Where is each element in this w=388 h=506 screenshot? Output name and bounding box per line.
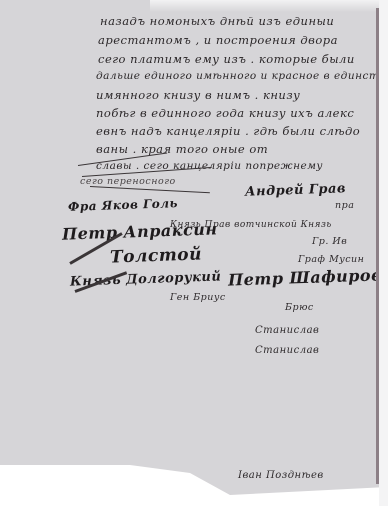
- signature: Андрей Грав: [245, 181, 346, 200]
- body-line: арестантомъ , и построения двора: [98, 33, 338, 47]
- signature: Станислав: [255, 345, 319, 356]
- outer-margin: [379, 0, 388, 506]
- body-line: сего платимъ ему изъ . которые были: [98, 52, 355, 66]
- body-line: ваны . края того оные от: [96, 142, 268, 156]
- footer-signature: Іван Позднѣев: [238, 470, 324, 481]
- signature: Фра Яков Голь: [68, 196, 178, 214]
- body-line: славы . сего канцеляріи попрежнему: [96, 160, 323, 172]
- signature: Толстой: [110, 244, 203, 267]
- body-line: побѣг в единного года книзу ихъ алекс: [96, 106, 354, 120]
- signature: Петр Шафиров: [228, 265, 383, 289]
- paper-top-edge: [150, 0, 380, 12]
- strike-mark: [90, 186, 210, 193]
- body-line: дальше единого имѣнного и красное в един…: [96, 70, 388, 82]
- body-line: назадъ номоныхъ днѣй изъ единыи: [100, 14, 334, 28]
- body-line: евнъ надъ канцеляріи . гдѣ были слѣдо: [96, 124, 360, 138]
- body-line: имянного книзу в нимъ . книзу: [96, 88, 300, 102]
- signature: Брюс: [285, 302, 314, 313]
- signature: Гр. Ив: [312, 236, 347, 247]
- signature: Граф Мусин: [298, 254, 364, 265]
- signature: Ген Бриус: [170, 292, 226, 303]
- manuscript-page: назадъ номоныхъ днѣй изъ единыи арестант…: [0, 0, 380, 506]
- signature: Станислав: [255, 325, 319, 336]
- binding-edge: [376, 8, 379, 484]
- signature: Петр Апраксин: [62, 219, 218, 243]
- signature: пра: [335, 200, 354, 211]
